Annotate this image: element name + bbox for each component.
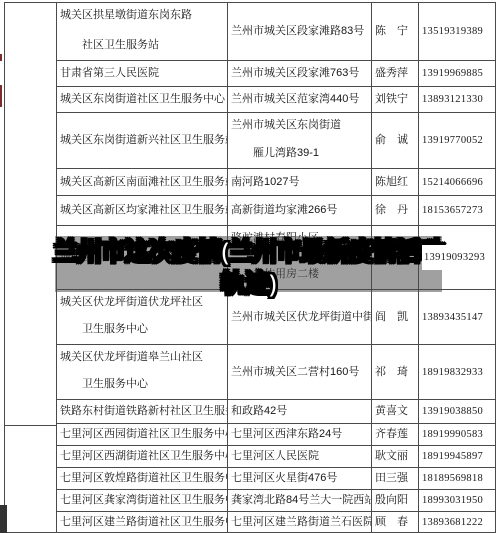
- cell-institution: 城关区高新区均家滩社区卫生服务站: [57, 196, 228, 226]
- cell-contact: 盛秀萍: [372, 61, 419, 87]
- cell-contact: 齐春莲: [372, 424, 419, 446]
- table-row: 七里河区龚家湾街道社区卫生服务中心龚家湾北路84号兰大一院西站院区殷向阳1899…: [57, 490, 496, 512]
- cell-contact: 俞 诚: [372, 113, 419, 169]
- cell-phone: 13919038850: [419, 400, 496, 424]
- cell-contact: 殷向阳: [372, 490, 419, 512]
- cell-institution: 甘肃省第三人民医院: [57, 61, 228, 87]
- cell-contact: 陈 宁: [372, 3, 419, 61]
- cell-phone: 18993031950: [419, 490, 496, 512]
- cell-phone: 18919832933: [419, 345, 496, 400]
- cell-address: 兰州市城关区二营村160号: [228, 345, 372, 400]
- table-row: 城关区伏龙坪街道伏龙坪社区卫生服务中心兰州市城关区伏龙坪街道中街228号阎 凯1…: [57, 290, 496, 345]
- headline-overlay: 兰州市这次疫情(兰州市最新疫情活动 轨迹): [55, 236, 442, 292]
- cropped-text-sliver: [0, 54, 2, 61]
- cell-phone: 13919969885: [419, 61, 496, 87]
- cell-institution: 七里河区西湖街道社区卫生服务中心: [57, 446, 228, 468]
- cell-institution: 城关区伏龙坪街道皋兰山社区卫生服务中心: [57, 345, 228, 400]
- table-row: 城关区高新区均家滩社区卫生服务站高新街道均家滩266号徐 丹1815365727…: [57, 196, 496, 226]
- table-row: 城关区拱星墩街道东岗东路社区卫生服务站兰州市城关区段家滩路83号陈 宁13519…: [57, 3, 496, 61]
- cell-contact: 刘铁宁: [372, 87, 419, 113]
- cropped-text-sliver: [0, 85, 2, 107]
- cell-address: 七里河区人民医院: [228, 446, 372, 468]
- cell-address: 七里河区火星街476号: [228, 468, 372, 490]
- table-row: 铁路东村街道铁路新村社区卫生服务站和政路42号黄喜文13919038850: [57, 400, 496, 424]
- table-row: 城关区东岗街道社区卫生服务中心兰州市城关区范家湾440号刘铁宁138931213…: [57, 87, 496, 113]
- cell-contact: 徐 丹: [372, 196, 419, 226]
- cell-address: 兰州市城关区范家湾440号: [228, 87, 372, 113]
- cell-phone: 13919770052: [419, 113, 496, 169]
- cell-phone: 13893121330: [419, 87, 496, 113]
- table-row: 城关区伏龙坪街道皋兰山社区卫生服务中心兰州市城关区二营村160号祁 琦18919…: [57, 345, 496, 400]
- cell-address: 七里河区西津东路24号: [228, 424, 372, 446]
- cell-contact: 黄喜文: [372, 400, 419, 424]
- cell-address: 高新街道均家滩266号: [228, 196, 372, 226]
- page-edge-strip: [0, 505, 7, 533]
- cell-address: 七里河区建兰路街道兰石医院: [228, 512, 372, 533]
- table-row: 七里河区西园街道社区卫生服务中心七里河区西津东路24号齐春莲1891999058…: [57, 424, 496, 446]
- cell-institution: 铁路东村街道铁路新村社区卫生服务站: [57, 400, 228, 424]
- headline-line2: 轨迹): [221, 268, 276, 300]
- cell-contact: 祁 琦: [372, 345, 419, 400]
- cell-contact: 顾 春: [372, 512, 419, 533]
- cell-institution: 城关区拱星墩街道东岗东路社区卫生服务站: [57, 3, 228, 61]
- cell-institution: 城关区伏龙坪街道伏龙坪社区卫生服务中心: [57, 290, 228, 345]
- headline-line1: 兰州市这次疫情(兰州市最新疫情活动: [53, 236, 444, 268]
- left-spacer-column: [4, 3, 57, 533]
- cell-address: 龚家湾北路84号兰大一院西站院区: [228, 490, 372, 512]
- cell-phone: 18153657273: [419, 196, 496, 226]
- cell-address: 南河路1027号: [228, 169, 372, 196]
- cell-address: 和政路42号: [228, 400, 372, 424]
- table-row: 七里河区建兰路街道社区卫生服务中心七里河区建兰路街道兰石医院顾 春1389368…: [57, 512, 496, 533]
- cell-institution: 七里河区龚家湾街道社区卫生服务中心: [57, 490, 228, 512]
- table-row: 七里河区敦煌路街道社区卫生服务中心七里河区火星街476号田三强181895698…: [57, 468, 496, 490]
- cell-phone: 13519319389: [419, 3, 496, 61]
- cell-institution: 城关区高新区南面滩社区卫生服务站: [57, 169, 228, 196]
- cell-contact: 阎 凯: [372, 290, 419, 345]
- cell-address: 兰州市城关区段家滩763号: [228, 61, 372, 87]
- cell-institution: 城关区东岗街道新兴社区卫生服务站: [57, 113, 228, 169]
- table-row: 七里河区西湖街道社区卫生服务中心七里河区人民医院耿文丽18919945897: [57, 446, 496, 468]
- cell-phone: 18919990583: [419, 424, 496, 446]
- cell-phone: 13893435147: [419, 290, 496, 345]
- cell-institution: 城关区东岗街道社区卫生服务中心: [57, 87, 228, 113]
- cell-institution: 七里河区敦煌路街道社区卫生服务中心: [57, 468, 228, 490]
- table-row: 甘肃省第三人民医院兰州市城关区段家滩763号盛秀萍13919969885: [57, 61, 496, 87]
- cell-institution: 七里河区建兰路街道社区卫生服务中心: [57, 512, 228, 533]
- cell-contact: 耿文丽: [372, 446, 419, 468]
- cell-phone: 15214066696: [419, 169, 496, 196]
- cell-institution: 七里河区西园街道社区卫生服务中心: [57, 424, 228, 446]
- cell-phone: 18919945897: [419, 446, 496, 468]
- cell-phone: 13893681222: [419, 512, 496, 533]
- cell-contact: 陈旭红: [372, 169, 419, 196]
- table-row: 城关区东岗街道新兴社区卫生服务站兰州市城关区东岗街道雁儿湾路39-1俞 诚139…: [57, 113, 496, 169]
- left-column-cell-top: [5, 3, 57, 426]
- cell-address: 兰州市城关区东岗街道雁儿湾路39-1: [228, 113, 372, 169]
- cell-phone: 18189569818: [419, 468, 496, 490]
- cell-address: 兰州市城关区段家滩路83号: [228, 3, 372, 61]
- cell-contact: 田三强: [372, 468, 419, 490]
- table-row: 城关区高新区南面滩社区卫生服务站南河路1027号陈旭红15214066696: [57, 169, 496, 196]
- left-column-cell-bottom: [5, 426, 57, 533]
